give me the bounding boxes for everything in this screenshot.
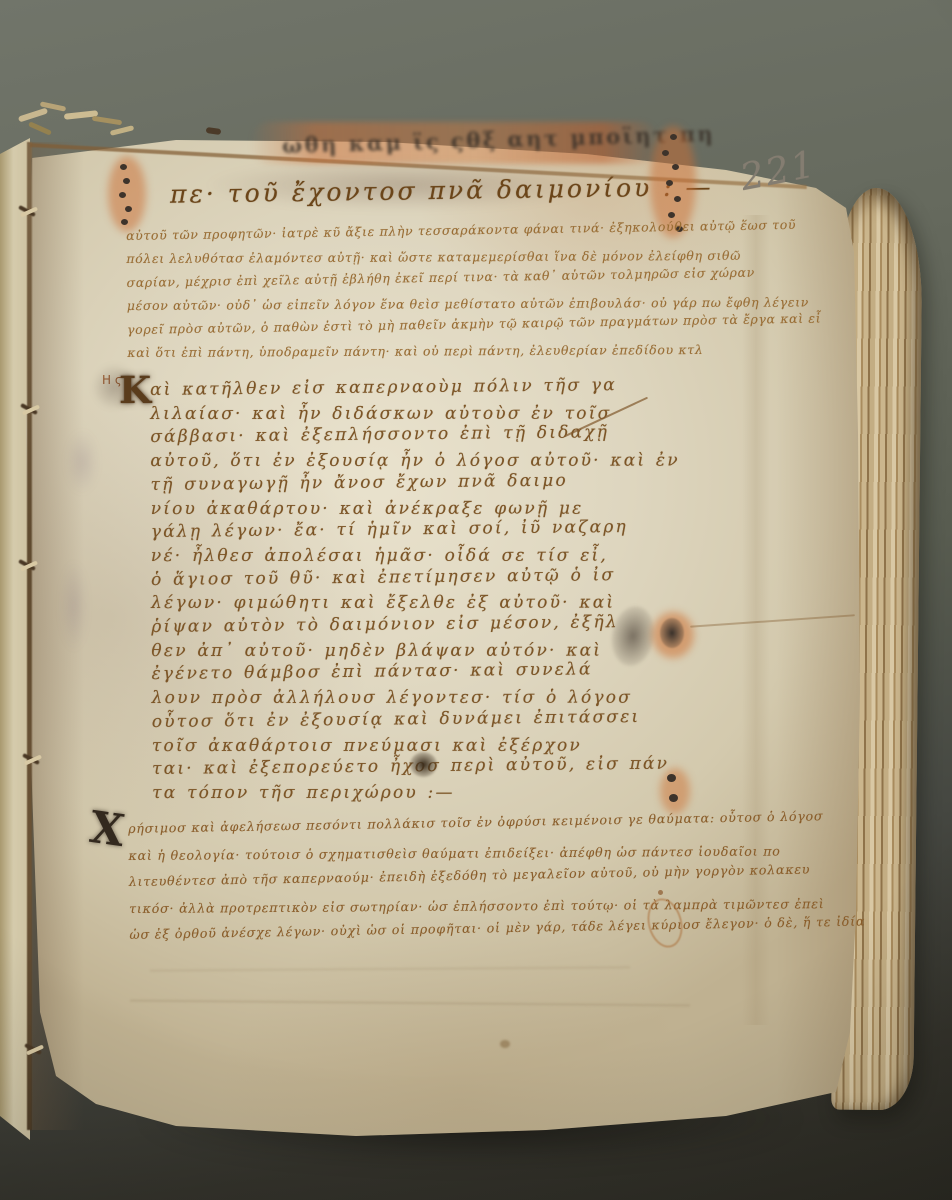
manuscript-photo: 221 ωθη καμ ϊς ςθξ αητ μποϊητ πη πε· τοῦ…	[0, 0, 952, 1200]
sewing-stitch	[20, 752, 46, 768]
text-ink-blot	[410, 752, 437, 777]
gospel-line: ὁ ἅγιοσ τοῦ θῦ· καὶ ἐπετίμησεν αὐτῷ ὁ ἰσ	[151, 563, 681, 592]
small-stain	[500, 1040, 510, 1048]
gutter-stain	[66, 430, 98, 494]
upper-scholia: αὐτοῦ τῶν προφητῶν· ἰατρὲ κῦ ἄξιε πλὴν τ…	[126, 217, 822, 365]
headband-thread	[18, 108, 48, 123]
scholia-initial: Χ	[87, 802, 128, 857]
rubric-dot	[669, 794, 678, 802]
sewing-stitch	[22, 1042, 48, 1058]
headband-thread	[110, 125, 134, 136]
gospel-line: αὶ κατῆλθεν εἰσ καπερναοὺμ πόλιν τῆσ γα	[150, 373, 680, 402]
lower-scholia: ρήσιμοσ καὶ ἀφελήσεωσ πεσόντι πολλάκισ τ…	[128, 807, 866, 949]
sewing-stitch	[16, 558, 42, 574]
headband-thread	[28, 121, 52, 135]
gospel-line: τα τόπον τῆσ περιχώρου :—	[152, 781, 681, 805]
gospel-text: αὶ κατῆλθεν εἰσ καπερναοὺμ πόλιν τῆσ γα …	[150, 376, 682, 805]
headband-thread	[92, 116, 122, 126]
scholia-line: καὶ ὅτι ἐπὶ πάντη, ὑποδραμεῖν πάντη· καὶ…	[127, 337, 821, 364]
gospel-line: ῥίψαν αὐτὸν τὸ δαιμόνιον εἰσ μέσον, ἐξῆλ	[151, 610, 681, 639]
sewing-stitch	[16, 204, 42, 220]
sewing-stitch	[18, 402, 44, 418]
top-edge-fleck	[206, 127, 222, 135]
flourish-dot	[658, 890, 663, 895]
gospel-line: τῇ συναγωγῇ ἦν ἄνοσ ἔχων πνᾶ δαιμο	[150, 468, 680, 497]
gospel-line: ἐγένετο θάμβοσ ἐπὶ πάντασ· καὶ συνελά	[151, 658, 681, 687]
gospel-line: σάββασι· καὶ ἐξεπλήσσοντο ἐπὶ τῇ διδαχῇ	[150, 421, 680, 450]
gospel-line: γάλῃ λέγων· ἔα· τί ἡμῖν καὶ σοί, ἰῦ ναζα…	[151, 516, 681, 545]
rubric-dot	[667, 774, 676, 782]
gospel-line: οὗτοσ ὅτι ἐν ἐξουσίᾳ καὶ δυνάμει ἐπιτάσσ…	[152, 705, 682, 734]
gutter-stain	[60, 560, 88, 652]
gospel-initial: Κ	[119, 368, 151, 412]
facing-page-edge	[0, 138, 30, 1140]
ink-blot	[660, 618, 684, 648]
